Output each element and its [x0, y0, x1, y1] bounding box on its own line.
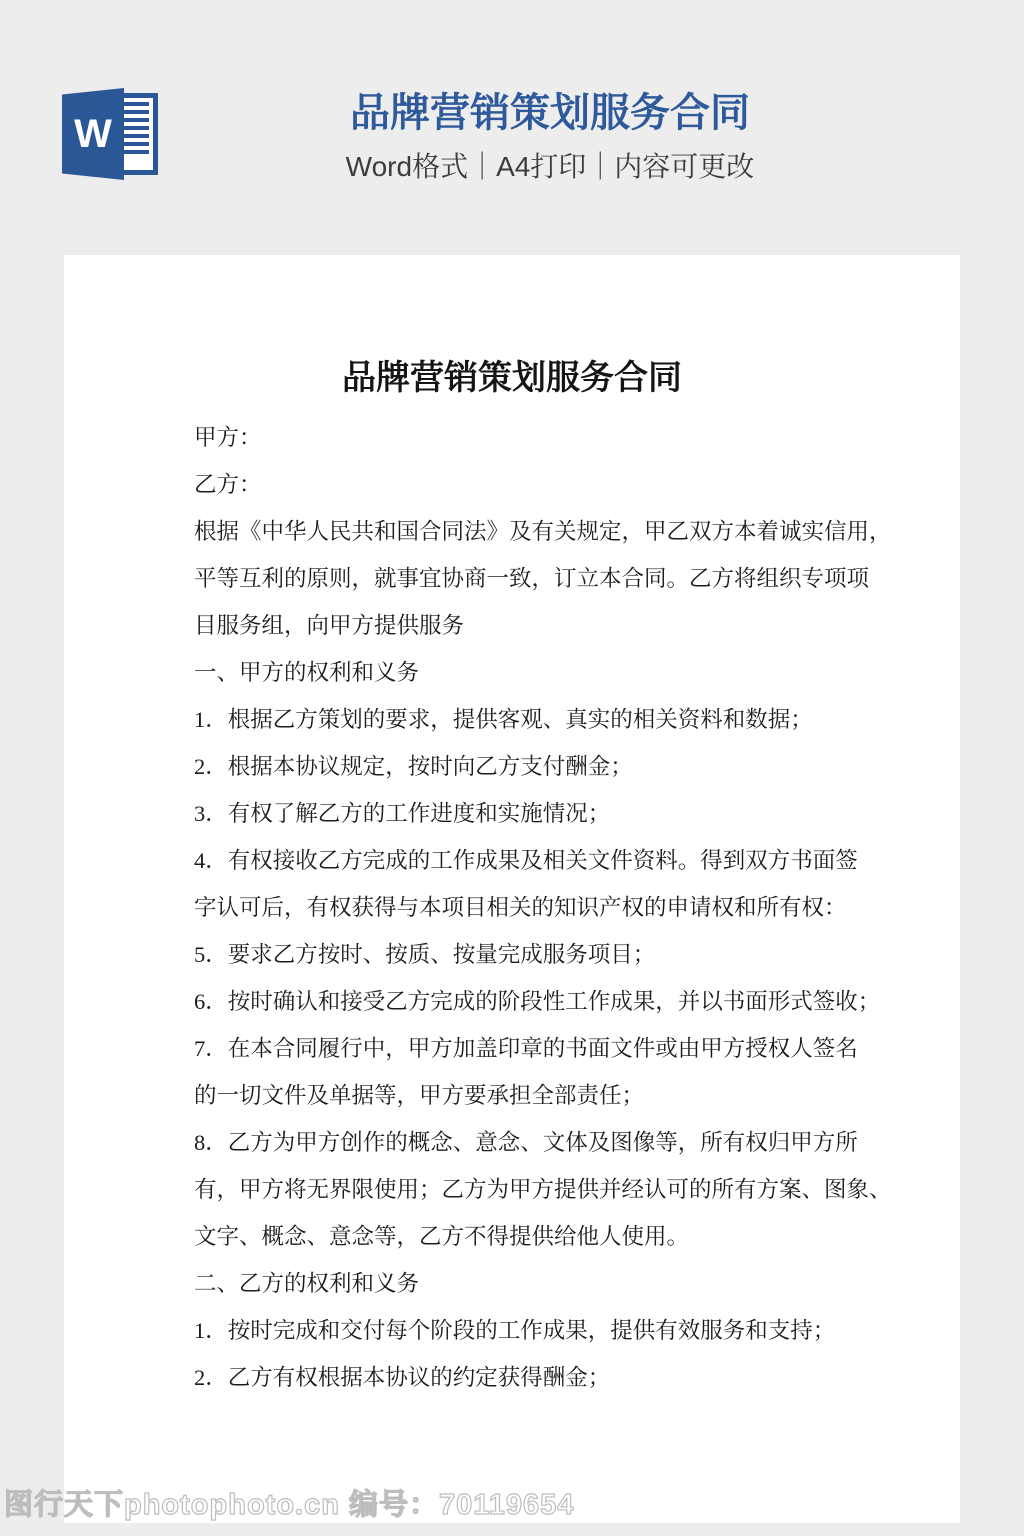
watermark-text: 图行天下photophoto.cn 编号：70119654 [4, 1489, 574, 1521]
word-icon-letter: W [74, 114, 112, 154]
page-canvas: W 品牌营销策划服务合同 Word格式｜A4打印｜内容可更改 品牌营销策划服务合… [0, 0, 1024, 1536]
document-line: 平等互利的原则，就事宜协商一致，订立本合同。乙方将组织专项项 [194, 555, 894, 602]
document-title: 品牌营销策划服务合同 [64, 359, 960, 400]
document-body: 甲方：乙方：根据《中华人民共和国合同法》及有关规定，甲乙双方本着诚实信用，平等互… [194, 414, 894, 1401]
document-line: 的一切文件及单据等，甲方要承担全部责任； [194, 1072, 894, 1119]
document-line: 乙方： [194, 461, 894, 508]
header: W 品牌营销策划服务合同 Word格式｜A4打印｜内容可更改 [0, 0, 1024, 255]
document-line: 字认可后，有权获得与本项目相关的知识产权的申请权和所有权： [194, 884, 894, 931]
document-line: 目服务组，向甲方提供服务 [194, 602, 894, 649]
document-line: 1．按时完成和交付每个阶段的工作成果，提供有效服务和支持； [194, 1307, 894, 1354]
document-line: 甲方： [194, 414, 894, 461]
document-line: 一、甲方的权利和义务 [194, 649, 894, 696]
document-line: 6．按时确认和接受乙方完成的阶段性工作成果，并以书面形式签收； [194, 978, 894, 1025]
document-line: 2．乙方有权根据本协议的约定获得酬金； [194, 1354, 894, 1401]
watermark: 图行天下photophoto.cn 编号：70119654 [4, 1482, 574, 1523]
document-line: 有，甲方将无界限使用；乙方为甲方提供并经认可的所有方案、图象、 [194, 1166, 894, 1213]
document-line: 4．有权接收乙方完成的工作成果及相关文件资料。得到双方书面签 [194, 837, 894, 884]
document-line: 1．根据乙方策划的要求，提供客观、真实的相关资料和数据； [194, 696, 894, 743]
document-line: 3．有权了解乙方的工作进度和实施情况； [194, 790, 894, 837]
document-line: 8．乙方为甲方创作的概念、意念、文体及图像等，所有权归甲方所 [194, 1119, 894, 1166]
document-line: 二、乙方的权利和义务 [194, 1260, 894, 1307]
header-title: 品牌营销策划服务合同 [110, 90, 990, 136]
document-line: 5．要求乙方按时、按质、按量完成服务项目； [194, 931, 894, 978]
document-line: 根据《中华人民共和国合同法》及有关规定，甲乙双方本着诚实信用， [194, 508, 894, 555]
document-page: 品牌营销策划服务合同 甲方：乙方：根据《中华人民共和国合同法》及有关规定，甲乙双… [64, 255, 960, 1523]
header-text: 品牌营销策划服务合同 Word格式｜A4打印｜内容可更改 [110, 0, 990, 185]
document-line: 7．在本合同履行中，甲方加盖印章的书面文件或由甲方授权人签名 [194, 1025, 894, 1072]
document-line: 2．根据本协议规定，按时向乙方支付酬金； [194, 743, 894, 790]
document-line: 文字、概念、意念等，乙方不得提供给他人使用。 [194, 1213, 894, 1260]
header-subtitle: Word格式｜A4打印｜内容可更改 [110, 145, 990, 185]
